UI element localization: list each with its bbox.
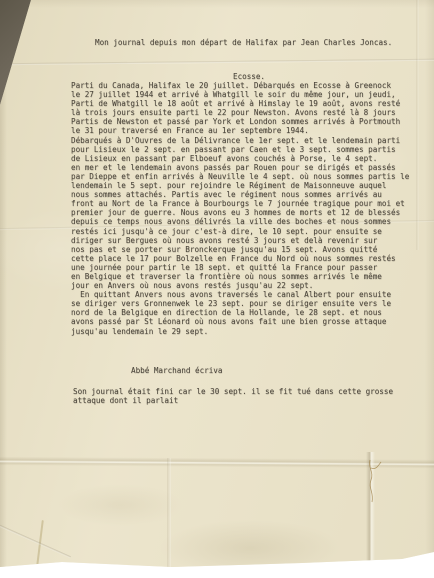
author-attribution: Abbé Marchand écriva [131,366,222,375]
paper-crease-right-edge [416,0,419,250]
paper-fold-vertical-left [167,458,171,576]
journal-body-text: Parti du Canada, Halifax le 20 juillet. … [71,81,409,336]
paper-fold-vertical-right [366,452,375,576]
paper-fold-horizontal [0,456,434,468]
journal-page: Mon journal depuis mon départ de Halifax… [0,0,434,578]
paper-crease-bottom-left [0,524,71,558]
postscript-note: Son journal était fini car le 30 sept. i… [73,387,393,405]
paper-crease-top [0,59,434,66]
document-title: Mon journal depuis mon départ de Halifax… [95,38,392,47]
paper-tear-mark [348,458,388,518]
paper-stain [36,520,44,566]
section-heading-ecosse: Ecosse. [233,72,265,81]
